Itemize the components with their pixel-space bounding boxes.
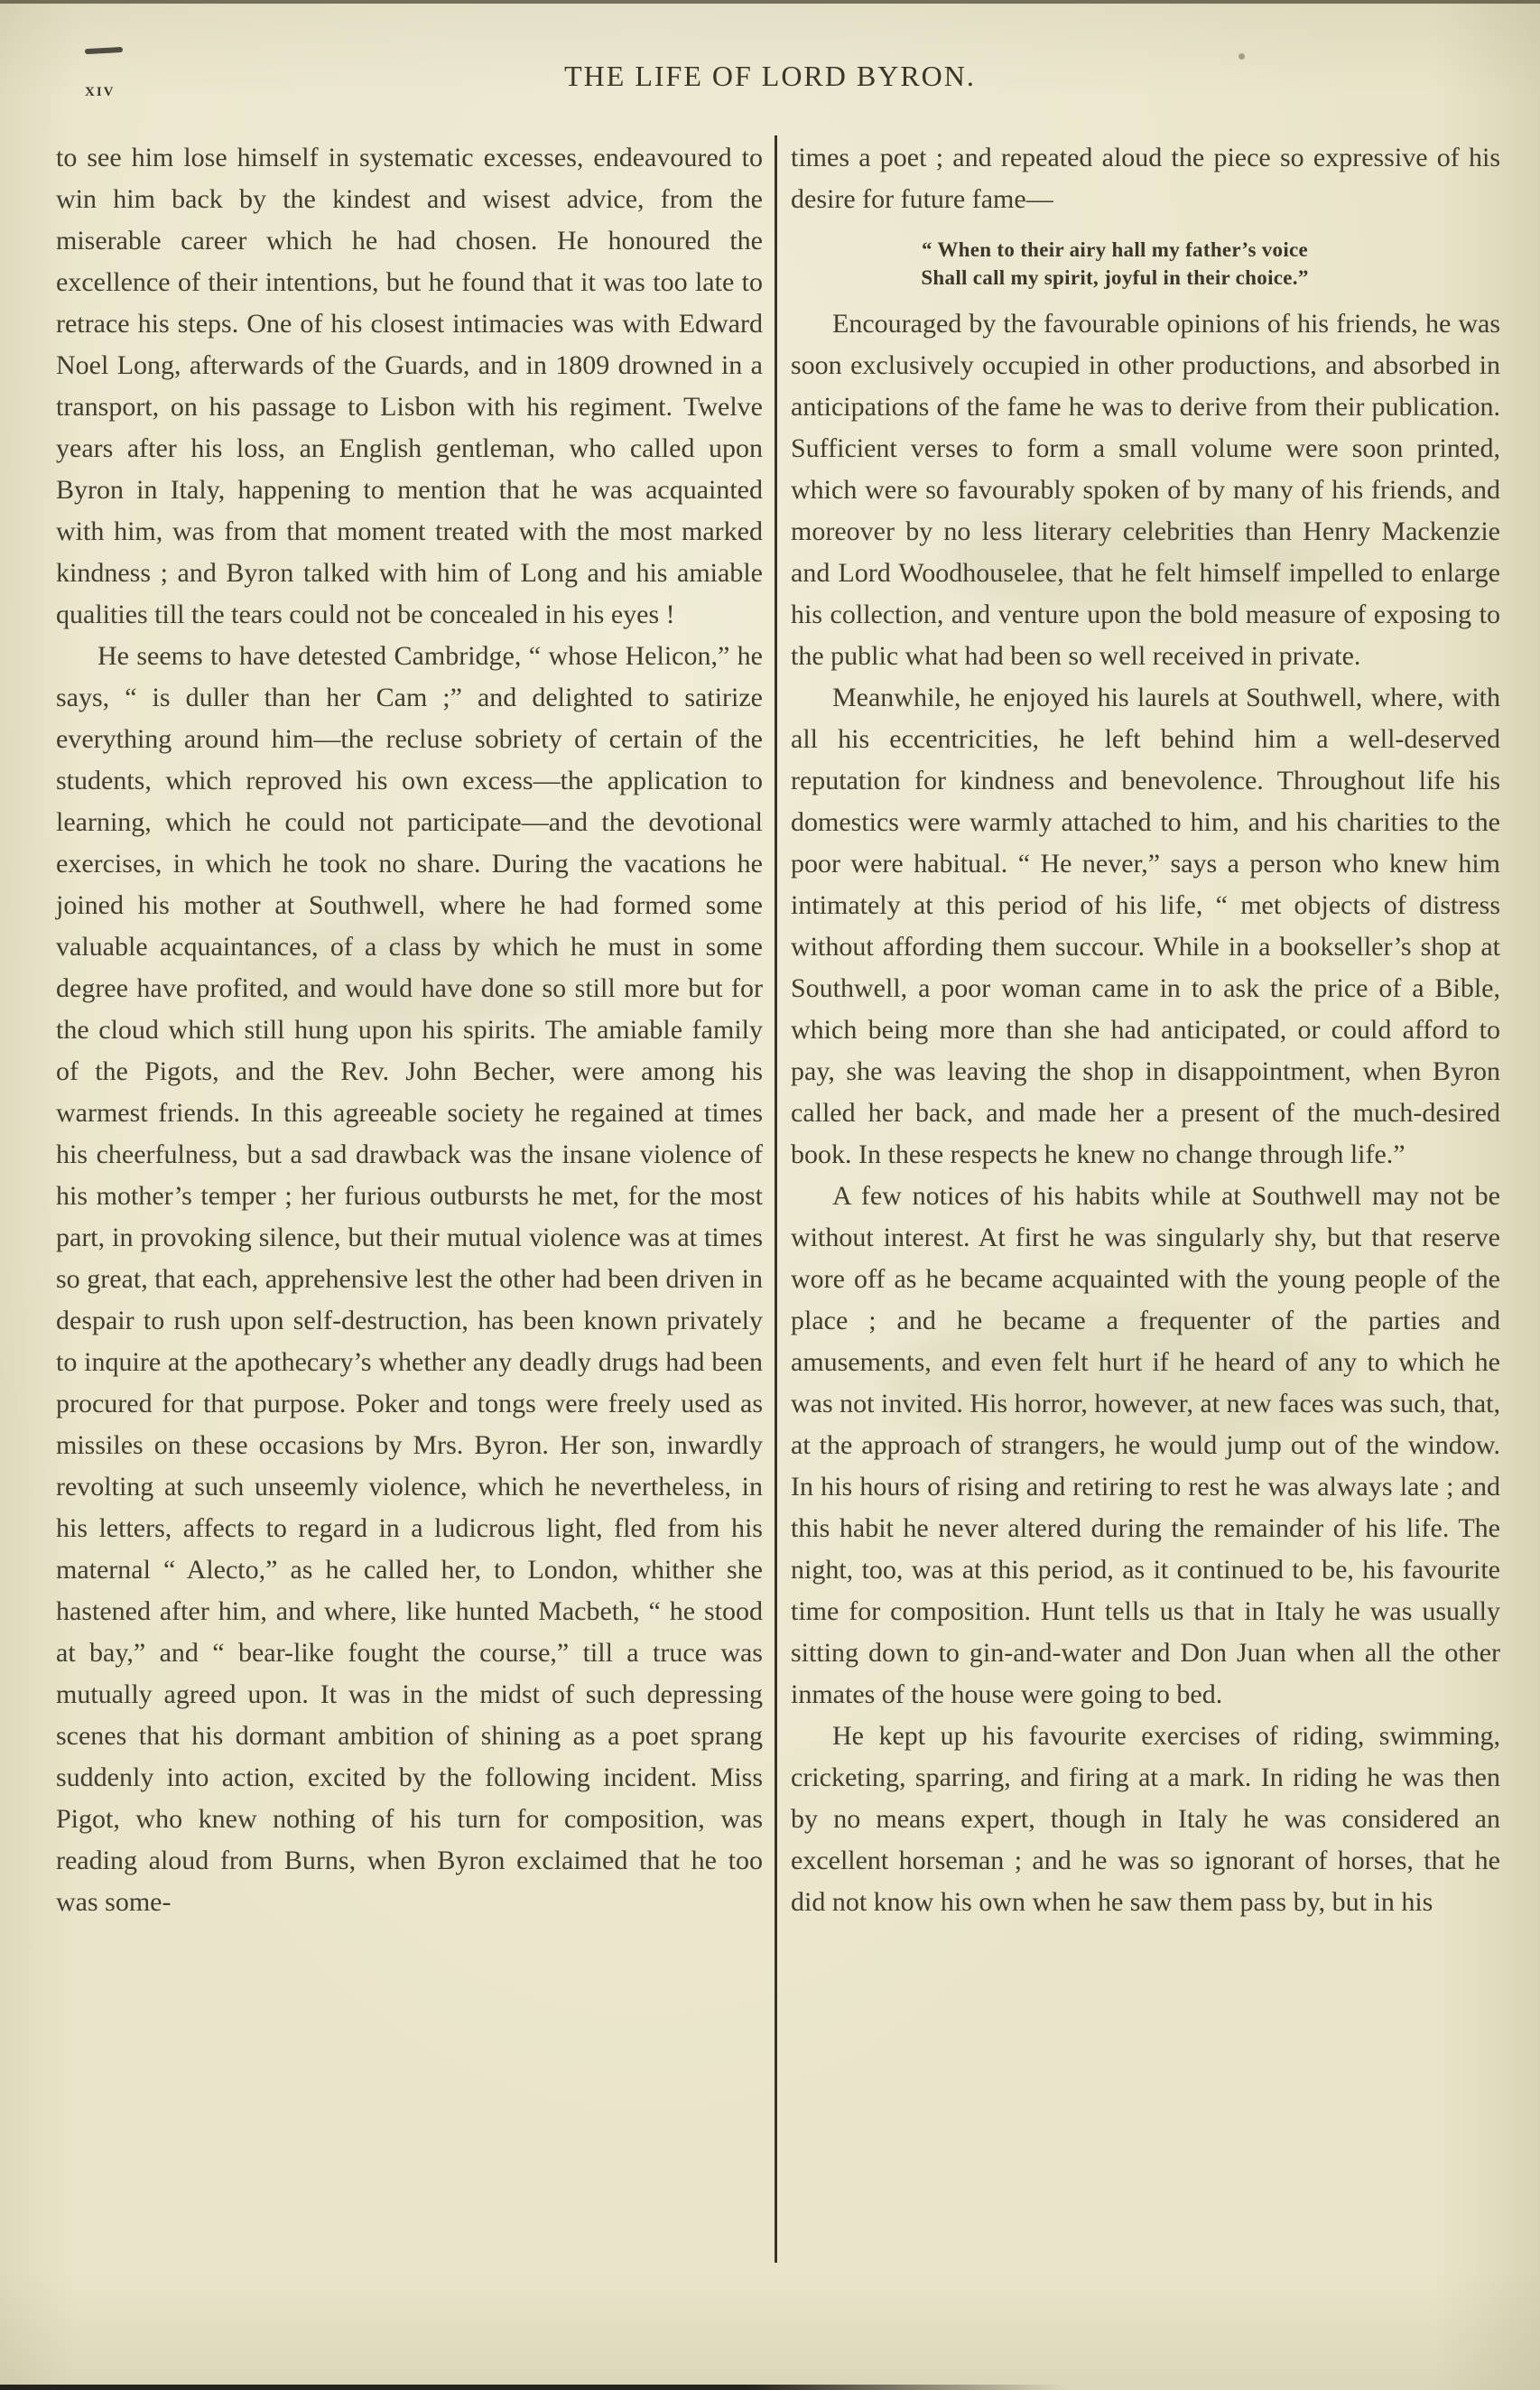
scan-edge-top — [0, 0, 1540, 4]
book-page-scan: xiv THE LIFE OF LORD BYRON. to see him l… — [0, 0, 1540, 2390]
paragraph: Meanwhile, he enjoyed his laurels at Sou… — [791, 677, 1500, 1176]
paragraph-continuation-across-columns: times a poet ; and repeated aloud the pi… — [791, 137, 1500, 220]
verse-quote: “ When to their airy hall my father’s vo… — [849, 236, 1381, 292]
verse-line: “ When to their airy hall my father’s vo… — [849, 236, 1381, 264]
verse-line: Shall call my spirit, joyful in their ch… — [849, 264, 1381, 292]
scan-speck — [1238, 53, 1245, 60]
left-column: to see him lose himself in systematic ex… — [56, 137, 763, 1923]
scan-blemish — [85, 47, 123, 54]
running-title: THE LIFE OF LORD BYRON. — [0, 60, 1540, 93]
paragraph-continuation-from-previous-page: to see him lose himself in systematic ex… — [56, 137, 763, 636]
scan-edge-bottom — [0, 2385, 1065, 2390]
paragraph: He seems to have detested Cambridge, “ w… — [56, 636, 763, 1923]
paragraph: Encouraged by the favourable opinions of… — [791, 303, 1500, 677]
paragraph: He kept up his favourite exercises of ri… — [791, 1716, 1500, 1923]
right-column: times a poet ; and repeated aloud the pi… — [791, 137, 1500, 1923]
paragraph: A few notices of his habits while at Sou… — [791, 1176, 1500, 1716]
column-divider-rule — [775, 135, 777, 2263]
